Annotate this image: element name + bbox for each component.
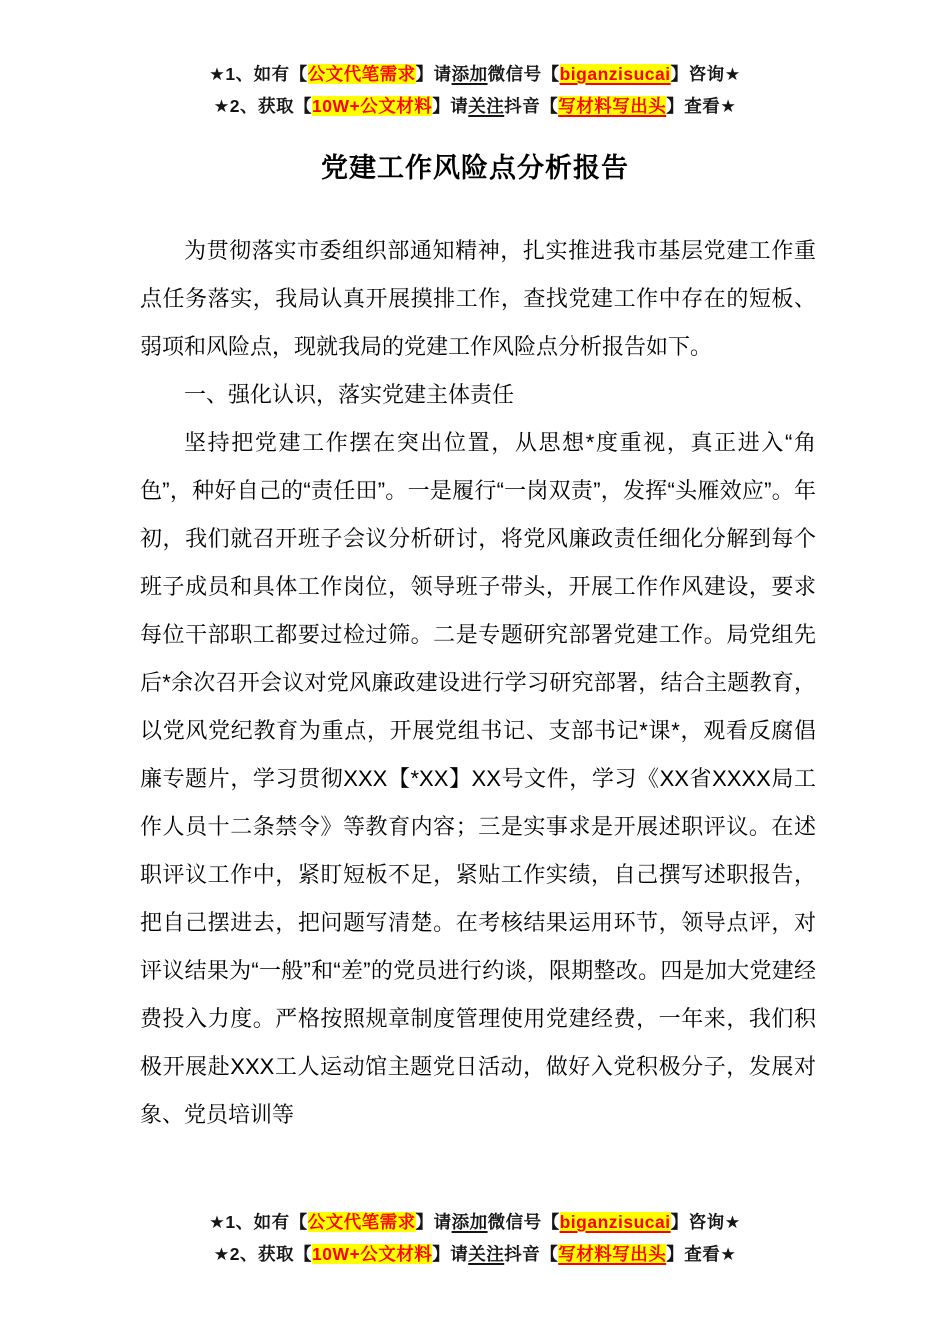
promo-text: 】请	[416, 64, 452, 84]
document-page: ★1、如有【公文代笔需求】请添加微信号【biganzisucai】咨询★★2、获…	[0, 0, 950, 1344]
wechat-id-highlight: biganzisucai	[560, 64, 671, 84]
section-heading: 一、强化认识，落实党建主体责任	[140, 371, 816, 419]
promo-text: 】查看★	[666, 1244, 736, 1264]
promo-text: ★1、如有【	[209, 1212, 307, 1232]
promo-service-highlight: 公文代笔需求	[308, 1212, 416, 1232]
promo-banner-bottom: ★1、如有【公文代笔需求】请添加微信号【biganzisucai】咨询★★2、获…	[0, 1206, 950, 1270]
promo-text: ★2、获取【	[214, 1244, 312, 1264]
douyin-id-highlight: 写材料写出头	[558, 96, 666, 116]
promo-text: 微信号【	[488, 64, 560, 84]
promo-banner-top: ★1、如有【公文代笔需求】请添加微信号【biganzisucai】咨询★★2、获…	[0, 0, 950, 122]
promo-text: 】请	[416, 1212, 452, 1232]
page-title: 党建工作风险点分析报告	[0, 148, 950, 188]
promo-line-2: ★2、获取【10W+公文材料】请关注抖音【写材料写出头】查看★	[0, 1238, 950, 1270]
promo-text: 微信号【	[488, 1212, 560, 1232]
promo-text: 抖音【	[504, 1244, 558, 1264]
document-body: 为贯彻落实市委组织部通知精神，扎实推进我市基层党建工作重点任务落实，我局认真开展…	[0, 227, 950, 1139]
promo-line-1: ★1、如有【公文代笔需求】请添加微信号【biganzisucai】咨询★	[0, 1206, 950, 1238]
promo-action-follow: 关注	[468, 1244, 504, 1264]
promo-text: ★2、获取【	[214, 96, 312, 116]
promo-text: 】请	[432, 96, 468, 116]
body-paragraph: 为贯彻落实市委组织部通知精神，扎实推进我市基层党建工作重点任务落实，我局认真开展…	[140, 227, 816, 371]
douyin-id-highlight: 写材料写出头	[558, 1244, 666, 1264]
promo-action-add: 添加	[452, 1212, 488, 1232]
promo-action-follow: 关注	[468, 96, 504, 116]
promo-material-highlight: 10W+公文材料	[312, 96, 432, 116]
wechat-id-highlight: biganzisucai	[560, 1212, 671, 1232]
promo-material-highlight: 10W+公文材料	[312, 1244, 432, 1264]
promo-text: 】查看★	[666, 96, 736, 116]
promo-service-highlight: 公文代笔需求	[308, 64, 416, 84]
promo-line-1: ★1、如有【公文代笔需求】请添加微信号【biganzisucai】咨询★	[0, 58, 950, 90]
promo-text: 抖音【	[504, 96, 558, 116]
promo-text: ★1、如有【	[209, 64, 307, 84]
promo-text: 】请	[432, 1244, 468, 1264]
promo-text: 】咨询★	[671, 64, 741, 84]
body-paragraph: 坚持把党建工作摆在突出位置，从思想*度重视，真正进入“角色”，种好自己的“责任田…	[140, 419, 816, 1139]
promo-text: 】咨询★	[671, 1212, 741, 1232]
promo-action-add: 添加	[452, 64, 488, 84]
promo-line-2: ★2、获取【10W+公文材料】请关注抖音【写材料写出头】查看★	[0, 90, 950, 122]
